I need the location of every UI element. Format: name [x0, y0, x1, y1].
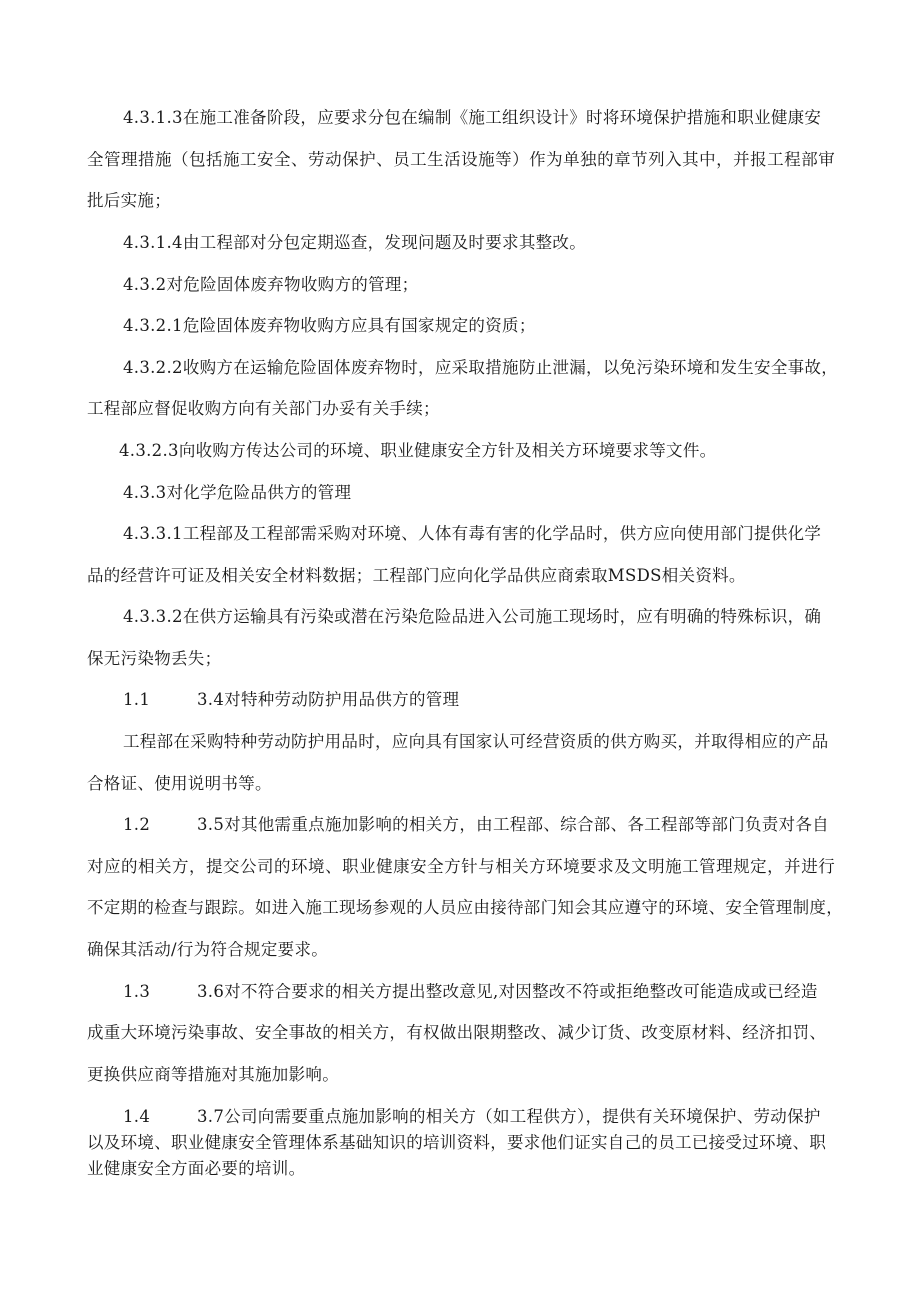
section-heading: 4.3.2对危险固体废弃物收购方的管理； [123, 274, 418, 296]
paragraph-line: 确保其活动/行为符合规定要求。 [87, 939, 328, 961]
paragraph-line: 4.3.2.3向收购方传达公司的环境、职业健康安全方针及相关方环境要求等文件。 [119, 440, 716, 462]
paragraph-line: 工程部应督促收购方向有关部门办妥有关手续； [87, 398, 440, 420]
numbered-paragraph: 1.23.5对其他需重点施加影响的相关方，由工程部、综合部、各工程部等部门负责对… [123, 814, 829, 836]
paragraph-line: 4.3.2.1危险固体废弃物收购方应具有国家规定的资质； [123, 315, 536, 337]
paragraph-line: 批后实施； [87, 190, 171, 212]
paragraph-line: 更换供应商等措施对其施加影响。 [87, 1064, 339, 1086]
paragraph-line: 4.3.3.2在供方运输具有污染或潜在污染危险品进入公司施工现场时，应有明确的特… [123, 606, 821, 628]
heading-text: 3.4对特种劳动防护用品供方的管理 [197, 690, 459, 709]
list-number: 1.1 [123, 689, 197, 711]
paragraph-line: 品的经营许可证及相关安全材料数据；工程部门应向化学品供应商索取MSDS相关资料。 [87, 565, 746, 587]
section-heading: 4.3.3对化学危险品供方的管理 [123, 482, 351, 504]
paragraph-line: 合格证、使用说明书等。 [87, 773, 272, 795]
paragraph-line: 成重大环境污染事故、安全事故的相关方，有权做出限期整改、减少订货、改变原材料、经… [87, 1022, 826, 1044]
paragraph-line: 以及环境、职业健康安全管理体系基础知识的培训资料，要求他们证实自己的员工已接受过… [87, 1132, 826, 1154]
paragraph-line: 对应的相关方，提交公司的环境、职业健康安全方针与相关方环境要求及文明施工管理规定… [87, 856, 835, 878]
paragraph-line: 业健康安全方面必要的培训。 [87, 1158, 305, 1180]
numbered-heading: 1.13.4对特种劳动防护用品供方的管理 [123, 689, 459, 711]
numbered-paragraph: 1.33.6对不符合要求的相关方提出整改意见,对因整改不符或拒绝整改可能造成或已… [123, 981, 818, 1003]
list-number: 1.2 [123, 814, 197, 836]
paragraph-text: 3.5对其他需重点施加影响的相关方，由工程部、综合部、各工程部等部门负责对各自 [197, 815, 829, 834]
paragraph-line: 全管理措施（包括施工安全、劳动保护、员工生活设施等）作为单独的章节列入其中，并报… [87, 149, 835, 171]
paragraph-line: 4.3.2.2收购方在运输危险固体废弃物时，应采取措施防止泄漏，以免污染环境和发… [123, 357, 838, 379]
paragraph-line: 4.3.3.1工程部及工程部需采购对环境、人体有毒有害的化学品时，供方应向使用部… [123, 523, 821, 545]
paragraph-line: 不定期的检查与跟踪。如进入施工现场参观的人员应由接待部门知会其应遵守的环境、安全… [87, 897, 843, 919]
paragraph-line: 4.3.1.4由工程部对分包定期巡查，发现问题及时要求其整改。 [123, 232, 586, 254]
paragraph-line: 4.3.1.3在施工准备阶段，应要求分包在编制《施工组织设计》时将环境保护措施和… [123, 107, 835, 129]
paragraph-text: 3.7公司向需要重点施加影响的相关方（如工程供方），提供有关环境保护、劳动保护 [197, 1107, 821, 1126]
paragraph-text: 3.6对不符合要求的相关方提出整改意见,对因整改不符或拒绝整改可能造成或已经造 [197, 982, 818, 1001]
list-number: 1.3 [123, 981, 197, 1003]
paragraph-line: 工程部在采购特种劳动防护用品时，应向具有国家认可经营资质的供方购买，并取得相应的… [123, 731, 829, 753]
list-number: 1.4 [123, 1106, 197, 1128]
paragraph-line: 保无污染物丢失； [87, 648, 221, 670]
numbered-paragraph: 1.43.7公司向需要重点施加影响的相关方（如工程供方），提供有关环境保护、劳动… [123, 1106, 821, 1128]
